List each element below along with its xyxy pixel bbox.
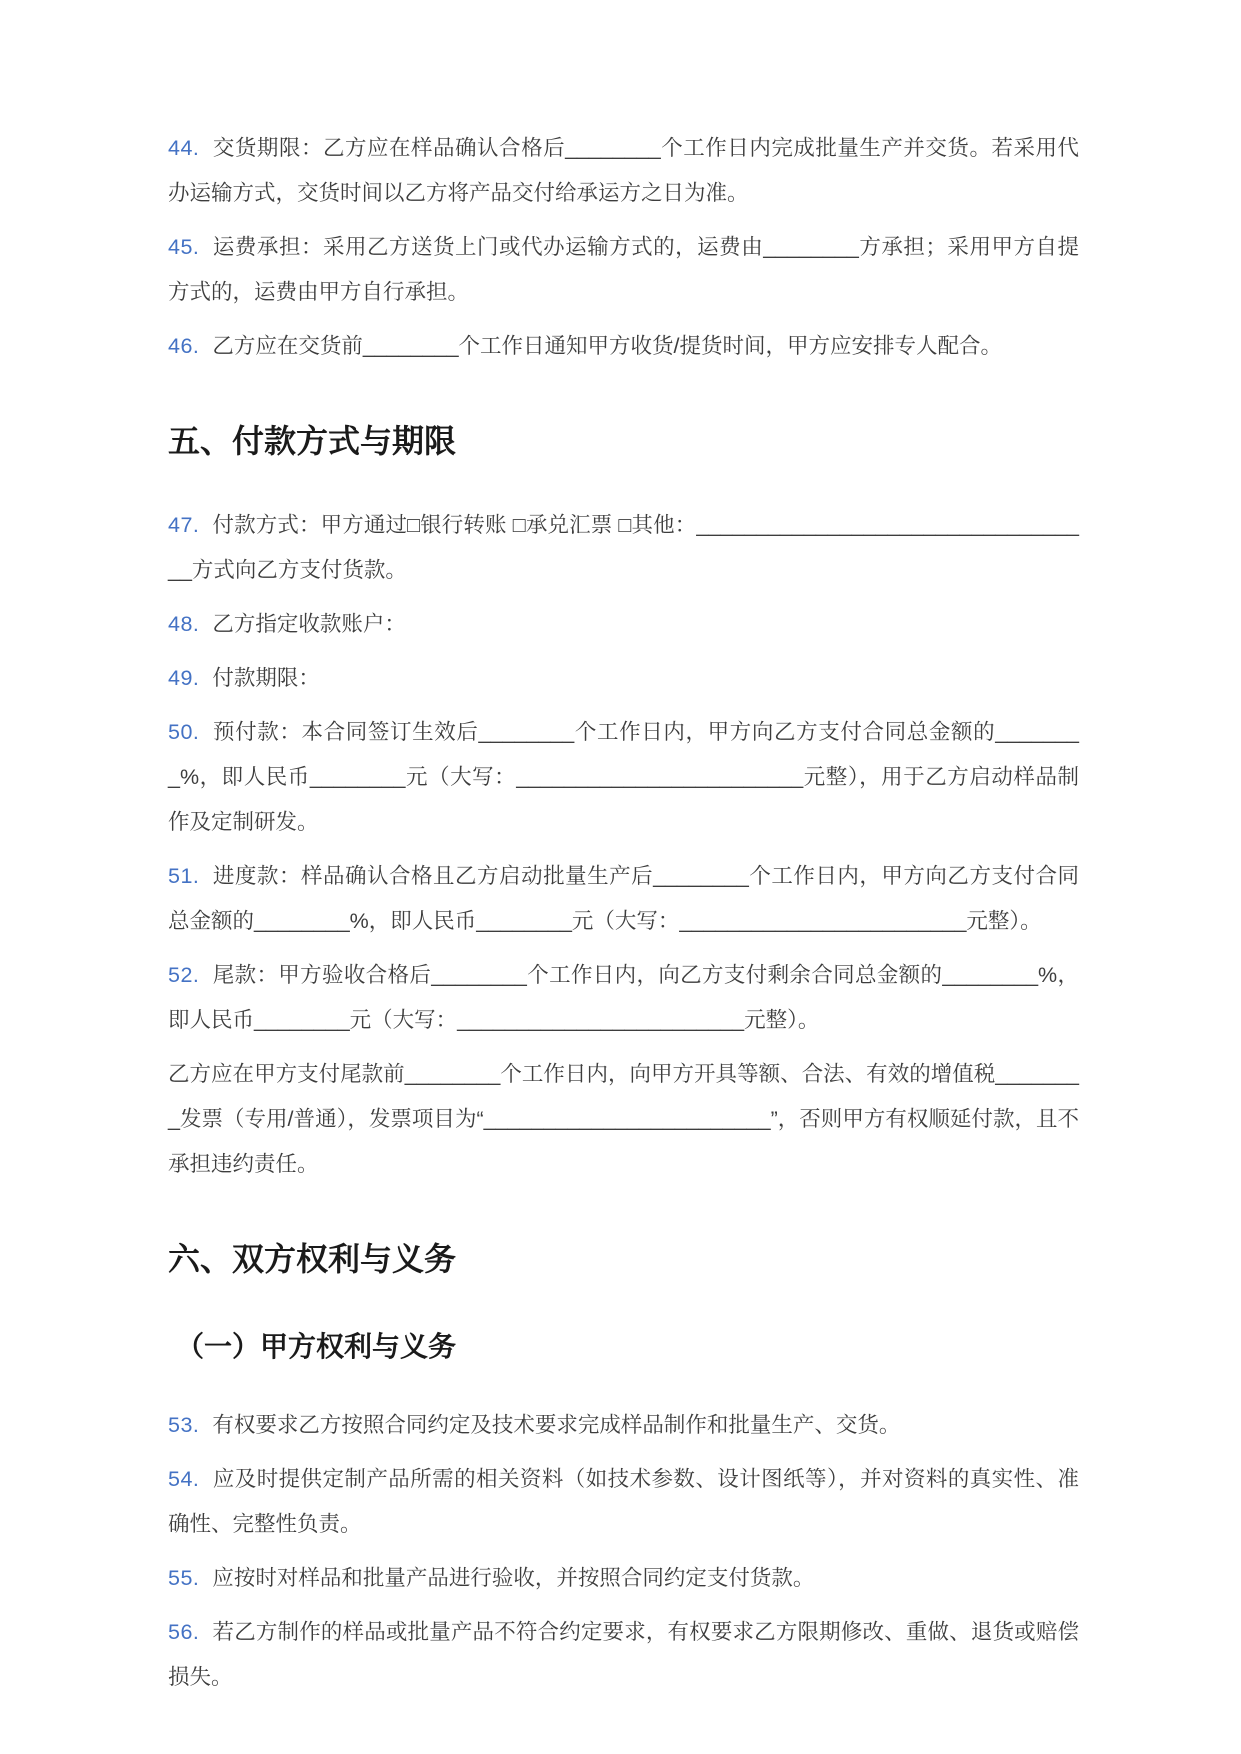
clause-54-text: 应及时提供定制产品所需的相关资料（如技术参数、设计图纸等），并对资料的真实性、准… [168,1467,1079,1536]
clause-44: 44.交货期限：乙方应在样品确认合格后________个工作日内完成批量生产并交… [168,126,1079,216]
clause-44-number: 44. [168,136,199,160]
clause-52-number: 52. [168,963,199,987]
clause-49-number: 49. [168,666,199,690]
clause-48: 48.乙方指定收款账户： [168,602,1079,647]
clause-51-text: 进度款：样品确认合格且乙方启动批量生产后________个工作日内，甲方向乙方支… [168,864,1079,933]
clause-44-text: 交货期限：乙方应在样品确认合格后________个工作日内完成批量生产并交货。若… [168,136,1079,205]
clause-52-text: 尾款：甲方验收合格后________个工作日内，向乙方支付剩余合同总金额的___… [168,963,1079,1032]
clause-52: 52.尾款：甲方验收合格后________个工作日内，向乙方支付剩余合同总金额的… [168,953,1079,1043]
clause-53-number: 53. [168,1413,199,1437]
clause-55: 55.应按时对样品和批量产品进行验收，并按照合同约定支付货款。 [168,1556,1079,1601]
clause-50-number: 50. [168,720,199,744]
clause-55-text: 应按时对样品和批量产品进行验收，并按照合同约定支付货款。 [212,1566,814,1590]
subsection-party-a-heading: （一）甲方权利与义务 [168,1329,1079,1365]
clause-55-number: 55. [168,1566,199,1590]
contract-page: 44.交货期限：乙方应在样品确认合格后________个工作日内完成批量生产并交… [0,0,1241,1754]
clause-47-text: 付款方式：甲方通过□银行转账 □承兑汇票 □其他：_______________… [168,513,1079,582]
clause-46-number: 46. [168,334,199,358]
clause-45: 45.运费承担：采用乙方送货上门或代办运输方式的，运费由________方承担；… [168,225,1079,315]
clause-47-number: 47. [168,513,199,537]
clause-54: 54.应及时提供定制产品所需的相关资料（如技术参数、设计图纸等），并对资料的真实… [168,1457,1079,1547]
clause-54-number: 54. [168,1467,199,1491]
clause-50: 50.预付款：本合同签订生效后________个工作日内，甲方向乙方支付合同总金… [168,710,1079,845]
clause-51-number: 51. [168,864,199,888]
clause-48-text: 乙方指定收款账户： [212,612,406,636]
section-6-heading: 六、双方权利与义务 [168,1239,1079,1279]
clause-48-number: 48. [168,612,199,636]
clause-51: 51.进度款：样品确认合格且乙方启动批量生产后________个工作日内，甲方向… [168,854,1079,944]
invoice-obligation-paragraph: 乙方应在甲方支付尾款前________个工作日内，向甲方开具等额、合法、有效的增… [168,1052,1079,1187]
clause-56: 56.若乙方制作的样品或批量产品不符合约定要求，有权要求乙方限期修改、重做、退货… [168,1610,1079,1700]
clause-49: 49.付款期限： [168,656,1079,701]
clause-49-text: 付款期限： [212,666,320,690]
clause-47: 47.付款方式：甲方通过□银行转账 □承兑汇票 □其他：____________… [168,503,1079,593]
clause-53-text: 有权要求乙方按照合同约定及技术要求完成样品制作和批量生产、交货。 [212,1413,900,1437]
section-5-heading: 五、付款方式与期限 [168,421,1079,461]
clause-53: 53.有权要求乙方按照合同约定及技术要求完成样品制作和批量生产、交货。 [168,1403,1079,1448]
clause-56-text: 若乙方制作的样品或批量产品不符合约定要求，有权要求乙方限期修改、重做、退货或赔偿… [168,1620,1079,1689]
clause-46-text: 乙方应在交货前________个工作日通知甲方收货/提货时间，甲方应安排专人配合… [212,334,1002,358]
clause-50-text: 预付款：本合同签订生效后________个工作日内，甲方向乙方支付合同总金额的_… [168,720,1079,834]
clause-45-number: 45. [168,235,199,259]
clause-56-number: 56. [168,1620,199,1644]
clause-45-text: 运费承担：采用乙方送货上门或代办运输方式的，运费由________方承担；采用甲… [168,235,1079,304]
clause-46: 46.乙方应在交货前________个工作日通知甲方收货/提货时间，甲方应安排专… [168,324,1079,369]
